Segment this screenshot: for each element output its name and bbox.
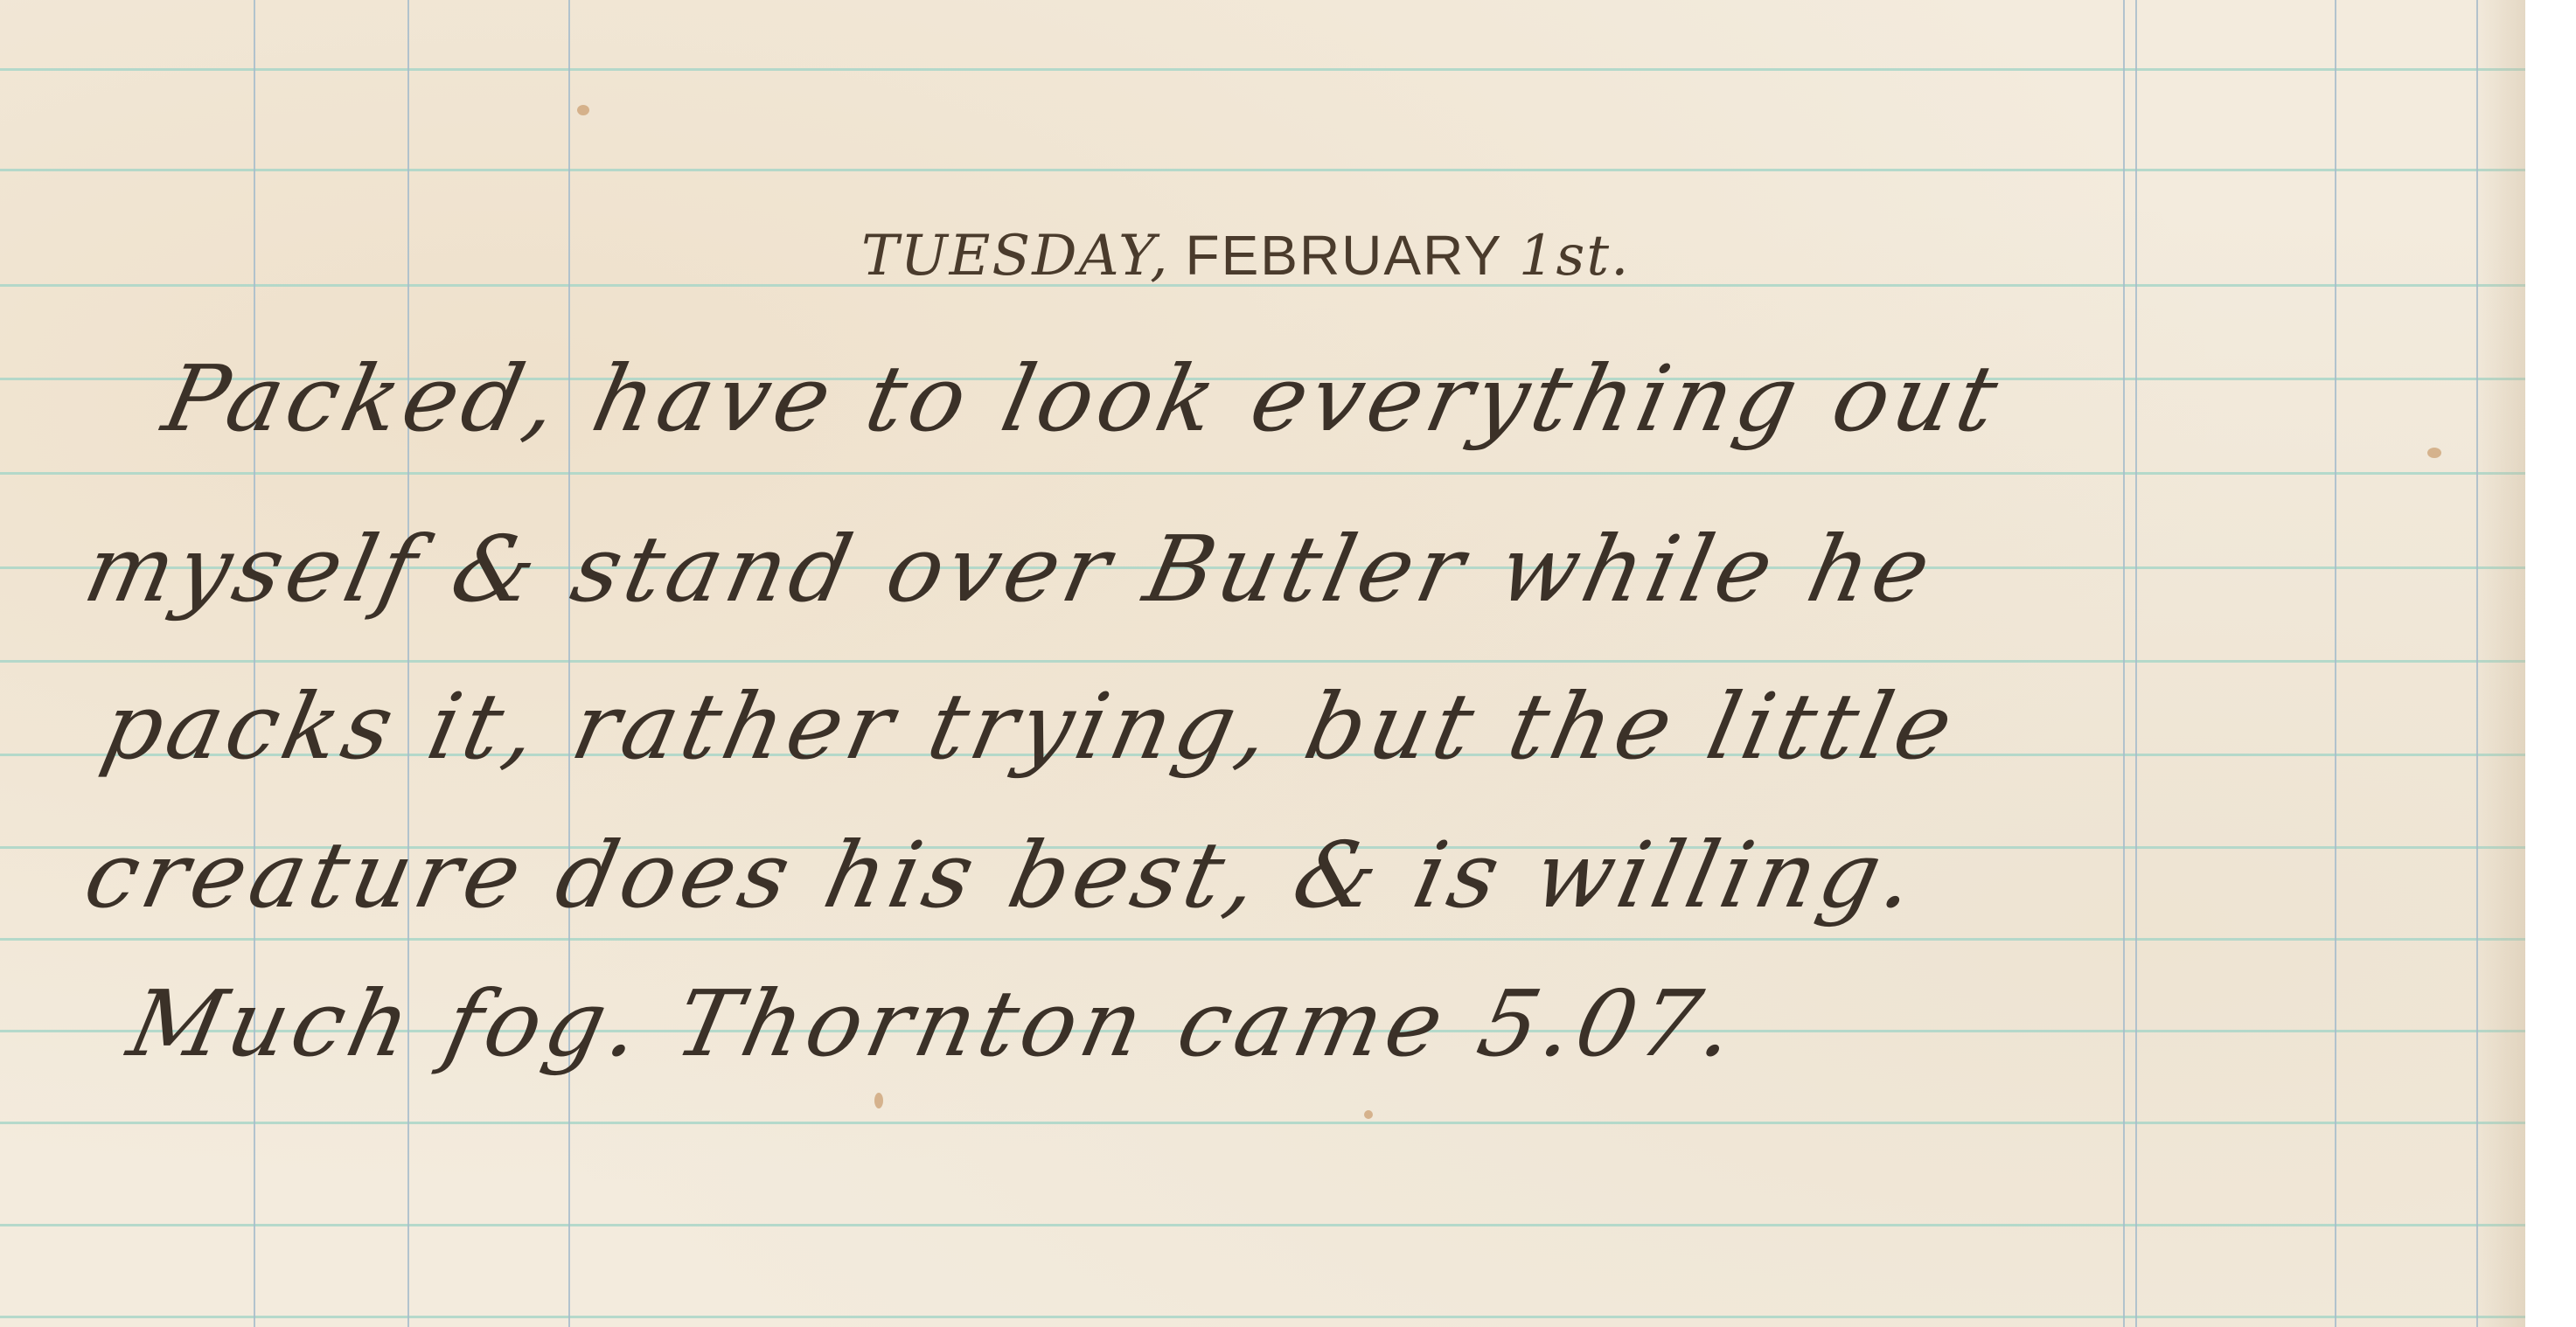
ruled-line (0, 938, 2525, 941)
column-rule (2135, 0, 2137, 1327)
paper-stain (874, 1093, 883, 1108)
column-rule (2335, 0, 2336, 1327)
ruled-line (0, 68, 2525, 71)
column-rule (407, 0, 409, 1327)
entry-line: creature does his best, & is willing. (76, 822, 1930, 928)
entry-line: myself & stand over Butler while he (76, 516, 1945, 622)
paper-stain (1364, 1110, 1373, 1119)
paper-stain (2427, 448, 2441, 458)
ruled-line (0, 472, 2525, 475)
entry-line: Much fog. Thornton came 5.07. (120, 970, 1750, 1077)
entry-line: Packed, have to look everything out (155, 345, 2011, 452)
column-rule (254, 0, 255, 1327)
ruled-line (0, 660, 2525, 663)
column-rule (2123, 0, 2125, 1327)
ruled-line (0, 1316, 2525, 1318)
page-edge-shadow (2473, 0, 2525, 1327)
header-date: 1st. (1519, 224, 1631, 288)
ruled-line (0, 169, 2525, 171)
date-header: TUESDAY, FEBRUARY 1st. (861, 223, 1630, 288)
column-rule (568, 0, 570, 1327)
paper-stain (577, 105, 589, 115)
entry-line: packs it, rather trying, but the little (94, 673, 1967, 780)
header-day: TUESDAY, (861, 224, 1169, 288)
ruled-line (0, 1122, 2525, 1124)
ruled-line (0, 1224, 2525, 1226)
diary-page: TUESDAY, FEBRUARY 1st. Packed, have to l… (0, 0, 2525, 1327)
header-month: FEBRUARY (1185, 224, 1502, 287)
